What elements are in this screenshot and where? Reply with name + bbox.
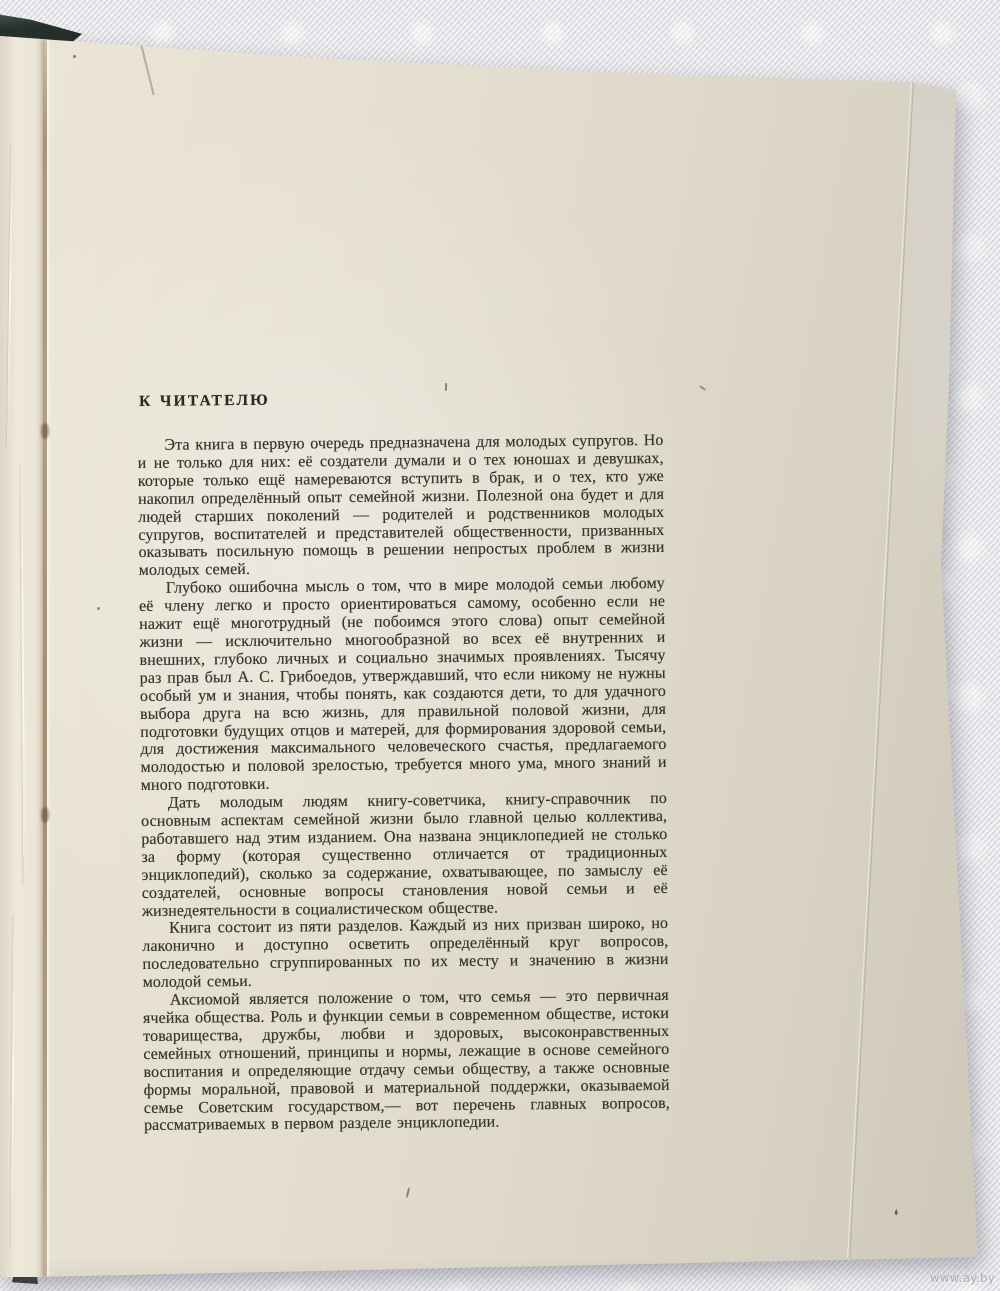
gutter-crease bbox=[43, 40, 47, 1277]
paper-scratch bbox=[139, 41, 154, 96]
page-title: К ЧИТАТЕЛЮ bbox=[139, 388, 663, 411]
paragraph-1: Эта книга в первую очередь предназначена… bbox=[137, 432, 664, 580]
paper-wrinkle bbox=[11, 916, 16, 1246]
book: К ЧИТАТЕЛЮ Эта книга в первую очередь пр… bbox=[0, 0, 1000, 1291]
paper-wrinkle bbox=[7, 146, 13, 446]
book-photo: К ЧИТАТЕЛЮ Эта книга в первую очередь пр… bbox=[0, 0, 1000, 1291]
ink-fleck bbox=[406, 1187, 411, 1198]
watermark: www.ay.by bbox=[930, 1271, 995, 1285]
page-text: К ЧИТАТЕЛЮ Эта книга в первую очередь пр… bbox=[137, 388, 670, 1135]
paragraph-5: Аксиомой является положение о том, что с… bbox=[143, 987, 670, 1135]
ink-fleck bbox=[445, 383, 447, 391]
paragraph-2: Глубоко ошибочна мысль о том, что в мире… bbox=[139, 575, 667, 795]
book-page: К ЧИТАТЕЛЮ Эта книга в первую очередь пр… bbox=[0, 0, 1000, 1291]
paragraph-3: Дать молодым людям книгу-советчика, книг… bbox=[141, 790, 668, 920]
dust-speck bbox=[73, 55, 76, 58]
endpaper-strip bbox=[0, 36, 44, 1277]
ink-mark bbox=[891, 1206, 903, 1220]
ink-fleck bbox=[699, 385, 706, 391]
paper-wrinkle bbox=[21, 466, 26, 886]
paragraph-4: Книга состоит из пяти разделов. Каждый и… bbox=[142, 915, 669, 992]
fore-edge bbox=[847, 80, 914, 1258]
dust-speck bbox=[97, 607, 100, 610]
page-stack-corner bbox=[913, 84, 957, 564]
